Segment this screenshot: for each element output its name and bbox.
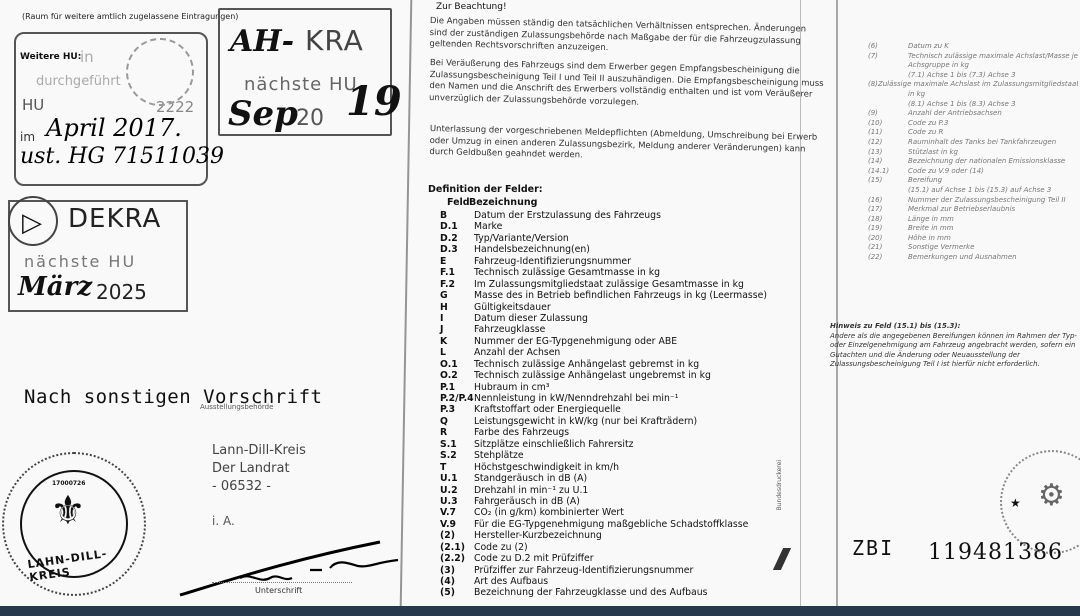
- authority-line: Der Landrat: [212, 460, 306, 478]
- space-label: (Raum für weitere amtlich zugelassene Ei…: [22, 12, 238, 21]
- field-code: D.2: [440, 233, 474, 244]
- field-code: (2.2): [440, 553, 474, 564]
- definitions-column-description: Bezeichnung: [469, 197, 537, 208]
- field-description: Technisch zulässige Anhängelast gebremst…: [474, 359, 699, 370]
- field-description: Farbe des Fahrzeugs: [474, 427, 569, 438]
- field-description: Bemerkungen und Ausnahmen: [908, 253, 1017, 263]
- definition-row: (12)Rauminhalt des Tanks bei Tankfahrzeu…: [868, 138, 1078, 148]
- field-description: (7.1) Achse 1 bis (7.3) Achse 3: [908, 71, 1016, 81]
- field-code: [868, 71, 908, 81]
- field-code: V.9: [440, 519, 474, 530]
- definition-row: U.2Drehzahl in min⁻¹ zu U.1: [440, 485, 800, 496]
- definition-row: HGültigkeitsdauer: [440, 302, 800, 313]
- dekra-stamp-2025: ▷ DEKRA nächste HU März 2025: [8, 200, 188, 312]
- field-description: Fahrzeug-Identifizierungsnummer: [474, 256, 631, 267]
- handwritten-date: April 2017.: [46, 114, 182, 142]
- definition-row: EFahrzeug-Identifizierungsnummer: [440, 256, 800, 267]
- definitions-column-field: Feld: [447, 197, 470, 208]
- seal-number: 17000726: [52, 480, 85, 487]
- field-code: (4): [440, 576, 474, 587]
- tyre-note-text: Andere als die angegebenen Bereifungen k…: [830, 332, 1080, 370]
- fold-line: [836, 0, 838, 606]
- field-code: U.1: [440, 473, 474, 484]
- field-description: Hubraum in cm³: [474, 382, 550, 393]
- definition-row: Achsgruppe in kg: [868, 61, 1078, 71]
- field-code: (9): [868, 109, 908, 119]
- field-description: Anzahl der Antriebsachsen: [908, 109, 1002, 119]
- dekra-stamp-2019: AH- KRA nächste HU Sep 20 19: [218, 8, 392, 136]
- stamp-brand: DEKRA: [68, 204, 161, 234]
- field-description: Standgeräusch in dB (A): [474, 473, 587, 484]
- field-description: Länge in mm: [908, 215, 954, 225]
- field-code: (12): [868, 138, 908, 148]
- official-seal: 17000726 ⚜ LAHN-DILL-KREIS: [2, 452, 146, 596]
- issuer-label: Ausstellungsbehörde: [200, 403, 273, 411]
- issuing-authority: Lann-Dill-Kreis Der Landrat - 06532 -: [212, 442, 306, 496]
- definition-row: (17)Merkmal zur Betriebserlaubnis: [868, 205, 1078, 215]
- field-description: Code zu V.9 oder (14): [908, 167, 984, 177]
- field-description: Technisch zulässige Gesamtmasse in kg: [474, 267, 660, 278]
- field-code: (7): [868, 52, 908, 62]
- field-code: (17): [868, 205, 908, 215]
- field-code: H: [440, 302, 474, 313]
- field-description: Nummer der EG-Typgenehmigung oder ABE: [474, 336, 677, 347]
- field-code: (5): [440, 587, 474, 598]
- field-code: D.1: [440, 221, 474, 232]
- definition-row: in kg: [868, 90, 1078, 100]
- field-description: Datum zu K: [908, 42, 949, 52]
- definition-row: (20)Höhe in mm: [868, 234, 1078, 244]
- field-code: (8): [868, 80, 878, 90]
- notice-paragraph: Die Angaben müssen ständig den tatsächli…: [429, 16, 826, 59]
- stamp-next-inspection-label: nächste HU: [24, 252, 136, 271]
- field-description: Prüfziffer zur Fahrzeug-Identifizierungs…: [474, 565, 693, 576]
- field-code: (18): [868, 215, 908, 225]
- handwritten-reference: ust. HG 71511039: [20, 144, 224, 169]
- definition-row: THöchstgeschwindigkeit in km/h: [440, 462, 800, 473]
- field-description: Fahrgeräusch in dB (A): [474, 496, 580, 507]
- notice-heading: Zur Beachtung!: [436, 2, 507, 12]
- definitions-title: Definition der Felder:: [428, 184, 543, 195]
- handwritten-scribble: AH-: [230, 24, 294, 59]
- signature-line: [212, 582, 352, 583]
- star-icon: ★: [1010, 496, 1021, 510]
- field-code: (13): [868, 148, 908, 158]
- definition-row: (6)Datum zu K: [868, 42, 1078, 52]
- field-code: U.3: [440, 496, 474, 507]
- printer-mark: Bundesdruckerei: [776, 460, 783, 510]
- definition-row: (7.1) Achse 1 bis (7.3) Achse 3: [868, 71, 1078, 81]
- field-code: R: [440, 427, 474, 438]
- field-description: CO₂ (in g/km) kombinierter Wert: [474, 507, 624, 518]
- definition-row: (21)Sonstige Vermerke: [868, 243, 1078, 253]
- coat-of-arms-icon: ⚜: [50, 488, 86, 534]
- field-code: (16): [868, 196, 908, 206]
- field-description: (15.1) auf Achse 1 bis (15.3) auf Achse …: [908, 186, 1051, 196]
- definition-row: IDatum dieser Zulassung: [440, 313, 800, 324]
- field-description: Fahrzeugklasse: [474, 324, 545, 335]
- field-description: Kraftstoffart oder Energiequelle: [474, 404, 621, 415]
- stamp-year-prefix: 20: [296, 106, 324, 131]
- definition-row: S.1Sitzplätze einschließlich Fahrersitz: [440, 439, 800, 450]
- bottom-edge-bar: [0, 606, 1080, 616]
- handwritten-month: Sep: [228, 94, 298, 134]
- field-description: Code zu R: [908, 128, 943, 138]
- field-description: Höhe in mm: [908, 234, 951, 244]
- definition-row: D.2Typ/Variante/Version: [440, 233, 800, 244]
- definition-row: F.2Im Zulassungsmitgliedstaat zulässige …: [440, 279, 800, 290]
- definition-row: (7)Technisch zulässige maximale Achslast…: [868, 52, 1078, 62]
- field-description: Bereifung: [908, 176, 942, 186]
- field-description: Rauminhalt des Tanks bei Tankfahrzeugen: [908, 138, 1056, 148]
- definition-row: U.3Fahrgeräusch in dB (A): [440, 496, 800, 507]
- field-description: Stehplätze: [474, 450, 524, 461]
- definition-row: (18)Länge in mm: [868, 215, 1078, 225]
- field-code: S.2: [440, 450, 474, 461]
- field-code: P.2/P.4: [440, 393, 474, 404]
- definition-row: (8.1) Achse 1 bis (8.3) Achse 3: [868, 100, 1078, 110]
- field-description: Typ/Variante/Version: [474, 233, 569, 244]
- field-description: Handelsbezeichnung(en): [474, 244, 590, 255]
- inspection-stamp-2017: Weitere HU: in durchgeführt HU 2222 im A…: [14, 32, 208, 186]
- definition-row: (14)Bezeichnung der nationalen Emissions…: [868, 157, 1078, 167]
- definition-row: BDatum der Erstzulassung des Fahrzeugs: [440, 210, 800, 221]
- field-code: (2.1): [440, 542, 474, 553]
- field-code: E: [440, 256, 474, 267]
- field-description: Datum dieser Zulassung: [474, 313, 588, 324]
- definition-row: (15.1) auf Achse 1 bis (15.3) auf Achse …: [868, 186, 1078, 196]
- definition-row: (2)Hersteller-Kurzbezeichnung: [440, 530, 800, 541]
- field-description: Höchstgeschwindigkeit in km/h: [474, 462, 619, 473]
- definition-row: RFarbe des Fahrzeugs: [440, 427, 800, 438]
- stamp-faint-text: in: [80, 48, 94, 66]
- field-code: (20): [868, 234, 908, 244]
- field-code: [868, 186, 908, 196]
- field-description: Technisch zulässige Anhängelast ungebrem…: [474, 370, 711, 381]
- definition-row: P.1Hubraum in cm³: [440, 382, 800, 393]
- definition-row: LAnzahl der Achsen: [440, 347, 800, 358]
- stamp-faint-text: HU: [22, 96, 44, 114]
- field-description: Nummer der Zulassungsbescheinigung Teil …: [908, 196, 1066, 206]
- field-code: (3): [440, 565, 474, 576]
- definition-row: (22)Bemerkungen und Ausnahmen: [868, 253, 1078, 263]
- definition-row: (10)Code zu P.3: [868, 119, 1078, 129]
- field-description: Art des Aufbaus: [474, 576, 548, 587]
- definition-row: O.1Technisch zulässige Anhängelast gebre…: [440, 359, 800, 370]
- field-code: (22): [868, 253, 908, 263]
- field-description: Marke: [474, 221, 502, 232]
- field-code: V.7: [440, 507, 474, 518]
- definition-row: V.9Für die EG-Typgenehmigung maßgebliche…: [440, 519, 800, 530]
- field-description: Drehzahl in min⁻¹ zu U.1: [474, 485, 588, 496]
- field-code: (14): [868, 157, 908, 167]
- field-definitions-list: BDatum der Erstzulassung des FahrzeugsD.…: [440, 210, 800, 599]
- field-description: Code zu (2): [474, 542, 528, 553]
- typed-note: Nach sonstigen Vorschrift: [24, 386, 322, 408]
- field-description: in kg: [908, 90, 925, 100]
- field-code: [868, 61, 908, 71]
- handwritten-month: März: [18, 272, 92, 302]
- field-code: (15): [868, 176, 908, 186]
- tyre-note-title: Hinweis zu Feld (15.1) bis (15.3):: [830, 322, 1080, 332]
- dekra-logo-icon: ▷: [22, 208, 42, 238]
- definition-row: (3)Prüfziffer zur Fahrzeug-Identifizieru…: [440, 565, 800, 576]
- definition-row: O.2Technisch zulässige Anhängelast ungeb…: [440, 370, 800, 381]
- field-description: Leistungsgewicht in kW/kg (nur bei Kraft…: [474, 416, 697, 427]
- emblem-icon: ⚙: [1038, 478, 1065, 513]
- definition-row: D.1Marke: [440, 221, 800, 232]
- field-code: O.1: [440, 359, 474, 370]
- stamp-faint-text: durchgeführt: [36, 74, 121, 89]
- field-description: Zulässige maximale Achslast im Zulassung…: [878, 80, 1078, 90]
- stamp-brand: KRA: [305, 24, 364, 57]
- field-code: (14.1): [868, 167, 908, 177]
- definition-row: (2.2)Code zu D.2 mit Prüfziffer: [440, 553, 800, 564]
- field-code: P.3: [440, 404, 474, 415]
- field-description: Masse des in Betrieb befindlichen Fahrze…: [474, 290, 767, 301]
- field-code: K: [440, 336, 474, 347]
- definition-row: GMasse des in Betrieb befindlichen Fahrz…: [440, 290, 800, 301]
- stamp-prefix: im: [20, 130, 35, 144]
- handwritten-year: 19: [346, 78, 402, 125]
- definition-row: V.7CO₂ (in g/km) kombinierter Wert: [440, 507, 800, 518]
- definition-row: P.3Kraftstoffart oder Energiequelle: [440, 404, 800, 415]
- field-code: [868, 100, 908, 110]
- field-description: Bezeichnung der Fahrzeugklasse und des A…: [474, 587, 707, 598]
- definition-row: P.2/P.4Nennleistung in kW/Nenndrehzahl b…: [440, 393, 800, 404]
- field-description: (8.1) Achse 1 bis (8.3) Achse 3: [908, 100, 1016, 110]
- field-code: L: [440, 347, 474, 358]
- field-description: Stützlast in kg: [908, 148, 958, 158]
- authority-line: Lann-Dill-Kreis: [212, 442, 306, 460]
- field-description: Technisch zulässige maximale Achslast/Ma…: [908, 52, 1078, 62]
- zbi-label: ZBI: [852, 536, 894, 560]
- field-code: (2): [440, 530, 474, 541]
- zbi-number: 119481386: [928, 540, 1063, 565]
- field-code: T: [440, 462, 474, 473]
- field-description: Merkmal zur Betriebserlaubnis: [908, 205, 1015, 215]
- registration-document-page: (Raum für weitere amtlich zugelassene Ei…: [0, 0, 1080, 606]
- field-code: (19): [868, 224, 908, 234]
- field-description: Code zu D.2 mit Prüfziffer: [474, 553, 594, 564]
- definition-row: (14.1)Code zu V.9 oder (14): [868, 167, 1078, 177]
- field-code: U.2: [440, 485, 474, 496]
- definition-row: (11)Code zu R: [868, 128, 1078, 138]
- tyre-note: Hinweis zu Feld (15.1) bis (15.3): Ander…: [830, 322, 1080, 370]
- definition-row: KNummer der EG-Typgenehmigung oder ABE: [440, 336, 800, 347]
- field-description: Gültigkeitsdauer: [474, 302, 551, 313]
- field-description: Sitzplätze einschließlich Fahrersitz: [474, 439, 634, 450]
- definition-row: (5)Bezeichnung der Fahrzeugklasse und de…: [440, 587, 800, 598]
- definition-row: (15)Bereifung: [868, 176, 1078, 186]
- definition-row: (8)Zulässige maximale Achslast im Zulass…: [868, 80, 1078, 90]
- definition-row: JFahrzeugklasse: [440, 324, 800, 335]
- definition-row: (13)Stützlast in kg: [868, 148, 1078, 158]
- field-description: Für die EG-Typgenehmigung maßgebliche Sc…: [474, 519, 748, 530]
- field-code: O.2: [440, 370, 474, 381]
- definition-row: (19)Breite in mm: [868, 224, 1078, 234]
- definition-row: D.3Handelsbezeichnung(en): [440, 244, 800, 255]
- authority-line: - 06532 -: [212, 478, 306, 496]
- definition-row: F.1Technisch zulässige Gesamtmasse in kg: [440, 267, 800, 278]
- field-code: (6): [868, 42, 908, 52]
- field-code: P.1: [440, 382, 474, 393]
- stamp-label: Weitere HU:: [20, 52, 81, 62]
- stamp-next-inspection-label: nächste HU: [244, 74, 358, 95]
- field-code: S.1: [440, 439, 474, 450]
- definition-row: (16)Nummer der Zulassungsbescheinigung T…: [868, 196, 1078, 206]
- definition-row: S.2Stehplätze: [440, 450, 800, 461]
- field-code: (21): [868, 243, 908, 253]
- on-behalf-label: i. A.: [212, 514, 235, 528]
- field-description: Anzahl der Achsen: [474, 347, 560, 358]
- field-description: Datum der Erstzulassung des Fahrzeugs: [474, 210, 661, 221]
- field-description: Bezeichnung der nationalen Emissionsklas…: [908, 157, 1065, 167]
- field-description: Nennleistung in kW/Nenndrehzahl bei min⁻…: [474, 393, 679, 404]
- field-description: Achsgruppe in kg: [908, 61, 969, 71]
- official-seal-faded: ★ ⚙: [1000, 450, 1080, 554]
- definition-row: QLeistungsgewicht in kW/kg (nur bei Kraf…: [440, 416, 800, 427]
- field-code: (11): [868, 128, 908, 138]
- definition-row: (9)Anzahl der Antriebsachsen: [868, 109, 1078, 119]
- field-code: F.1: [440, 267, 474, 278]
- field-code: Q: [440, 416, 474, 427]
- stamp-year: 2025: [96, 280, 147, 304]
- definition-row: U.1Standgeräusch in dB (A): [440, 473, 800, 484]
- field-code: B: [440, 210, 474, 221]
- field-code: [868, 90, 908, 100]
- field-description: Im Zulassungsmitgliedstaat zulässige Ges…: [474, 279, 744, 290]
- field-code: D.3: [440, 244, 474, 255]
- field-code: F.2: [440, 279, 474, 290]
- field-description: Code zu P.3: [908, 119, 948, 129]
- field-code: J: [440, 324, 474, 335]
- signature-label: Unterschrift: [255, 586, 302, 595]
- stamp-circle: [126, 38, 194, 106]
- field-code: I: [440, 313, 474, 324]
- field-description: Breite in mm: [908, 224, 953, 234]
- field-description: Sonstige Vermerke: [908, 243, 974, 253]
- field-code: G: [440, 290, 474, 301]
- field-definitions-continued: (6)Datum zu K(7)Technisch zulässige maxi…: [868, 42, 1078, 263]
- notice-paragraph: Bei Veräußerung des Fahrzeugs sind dem E…: [429, 58, 826, 113]
- field-description: Hersteller-Kurzbezeichnung: [474, 530, 602, 541]
- notice-paragraph: Unterlassung der vorgeschriebenen Meldep…: [429, 124, 826, 167]
- field-code: (10): [868, 119, 908, 129]
- definition-row: (4)Art des Aufbaus: [440, 576, 800, 587]
- definition-row: (2.1)Code zu (2): [440, 542, 800, 553]
